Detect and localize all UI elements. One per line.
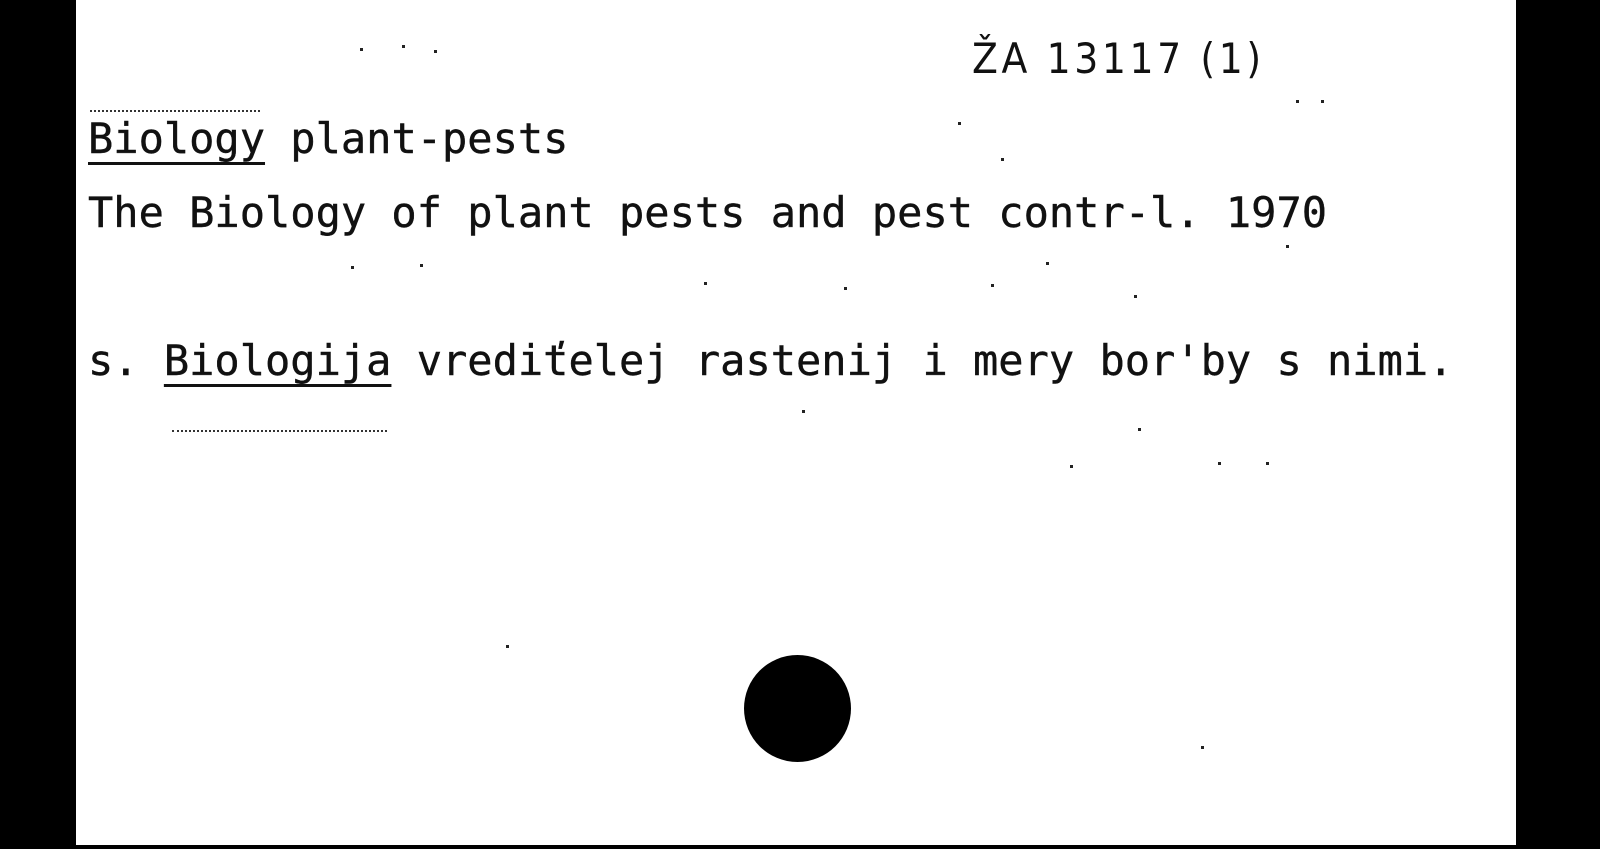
- speck: [1296, 100, 1299, 103]
- speck: [420, 264, 423, 267]
- speck: [1001, 158, 1004, 161]
- translation-prefix: s.: [88, 336, 164, 385]
- speck: [1218, 462, 1221, 465]
- speck: [1201, 746, 1204, 749]
- speck: [958, 122, 961, 125]
- speck: [1138, 428, 1141, 431]
- translation-underlined: Biologija: [164, 336, 392, 385]
- dotted-rule-top: [90, 110, 260, 112]
- speck: [704, 282, 707, 285]
- speck: [991, 284, 994, 287]
- speck: [1046, 262, 1049, 265]
- title-line: The Biology of plant pests and pest cont…: [88, 192, 1327, 234]
- speck: [434, 50, 437, 53]
- call-number: ŽA 13117 (1): [972, 34, 1265, 83]
- subject-heading-sub: plant-pests: [265, 114, 568, 163]
- speck: [506, 645, 509, 648]
- speck: [1134, 295, 1137, 298]
- speck: [802, 410, 805, 413]
- subject-heading-main: Biology: [88, 114, 265, 163]
- catalog-card: ŽA 13117 (1) Biology plant-pests The Bio…: [76, 0, 1516, 845]
- translation-line: s. Biologija vrediťelej rastenij i mery …: [88, 340, 1453, 382]
- speck: [360, 48, 363, 51]
- speck: [402, 45, 405, 48]
- subject-heading: Biology plant-pests: [88, 118, 568, 160]
- translation-rest: vrediťelej rastenij i mery bor'by s nimi…: [391, 336, 1453, 385]
- speck: [351, 266, 354, 269]
- speck: [1266, 462, 1269, 465]
- punch-hole: [744, 655, 851, 762]
- speck: [1286, 245, 1289, 248]
- dotted-rule-bottom: [172, 430, 387, 432]
- speck: [1321, 100, 1324, 103]
- speck: [844, 287, 847, 290]
- speck: [1070, 465, 1073, 468]
